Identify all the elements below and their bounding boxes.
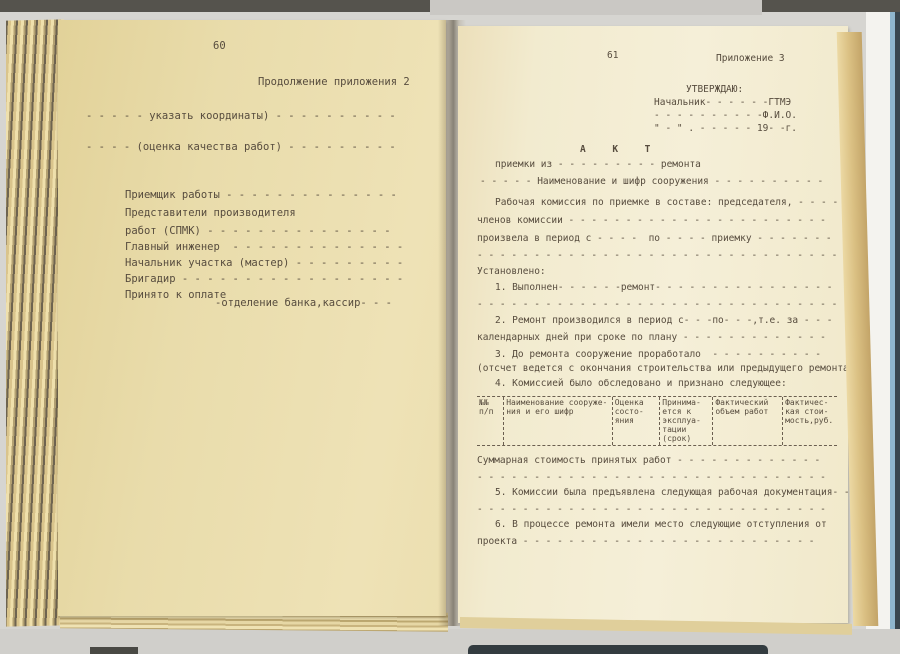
fill-line: - - - - - - - - - - - - - - [226, 189, 397, 201]
item-6: 6. В процессе ремонта имели место следую… [495, 519, 827, 530]
commission-line-4: - - - - - - - - - - - - - - - - - - - - … [477, 250, 837, 261]
bank-cashier-caption: -отделение банка,кассир- - - [215, 297, 392, 309]
book-bottom-shadow [468, 645, 768, 654]
field-acceptor: Приемщик работы - - - - - - - - - - - - … [125, 189, 397, 201]
approve-date-line: " - " . - - - - - 19- -г. [654, 123, 797, 134]
table-header-structure-name: Наименование сооруже- ния и его шифр [503, 397, 612, 445]
fill-line: - - - - - - - - - - - - - - - [207, 225, 390, 237]
commission-line-3: произвела в период с - - - - по - - - - … [477, 233, 832, 244]
scan-top-gap [430, 0, 762, 15]
book-scan: 60 Продолжение приложения 2 - - - - - ук… [0, 0, 900, 654]
fill-line: - - - - - - - - - [296, 257, 403, 269]
field-chief-engineer: Главный инженер - - - - - - - - - - - - … [125, 241, 403, 253]
assessment-table: №№ п/п Наименование сооруже- ния и его ш… [477, 396, 837, 446]
left-page: 60 Продолжение приложения 2 - - - - - ук… [58, 20, 446, 616]
acceptance-line: приемки из - - - - - - - - - ремонта [495, 159, 701, 170]
item-1: 1. Выполнен- - - - - -ремонт- - - - - - … [495, 282, 832, 293]
field-works-spmk: работ (СПМК) - - - - - - - - - - - - - -… [125, 225, 391, 237]
table-header-condition: Оценка состо- яния [612, 397, 660, 445]
right-page-number: 61 [607, 50, 618, 61]
right-page: 61 Приложение 3 УТВЕРЖДАЮ: Начальник- - … [458, 26, 848, 623]
scan-edge-dark-strip [895, 0, 900, 654]
act-title: А К Т [580, 144, 661, 155]
commission-line-1: Рабочая комиссия по приемке в составе: п… [495, 197, 838, 208]
established-label: Установлено: [477, 266, 546, 277]
item-5: 5. Комиссии была предъявлена следующая р… [495, 487, 850, 498]
total-cost-line: Суммарная стоимость принятых работ - - -… [477, 455, 820, 466]
object-name-caption: - - - - - Наименование и шифр сооружения… [480, 176, 823, 187]
appendix-header: Приложение 3 [716, 53, 785, 64]
item-2-continuation: календарных дней при сроке по плану - - … [477, 332, 826, 343]
table-header-actual-cost: Фактичес- кая стои- мость,руб. [782, 397, 837, 445]
item-6-continuation: проекта - - - - - - - - - - - - - - - - … [477, 536, 814, 547]
table-header-actual-volume: Фактический объем работ [712, 397, 782, 445]
total-cost-fill: - - - - - - - - - - - - - - - - - - - - … [477, 472, 826, 483]
left-page-stack-edge [6, 19, 64, 626]
left-page-number: 60 [213, 40, 226, 52]
item-3: 3. До ремонта сооружение проработало - -… [495, 349, 821, 360]
approve-name-line: - - - - - - - - - -Ф.И.О. [654, 110, 797, 121]
continuation-header: Продолжение приложения 2 [258, 76, 410, 88]
item-4: 4. Комиссией было обследовано и признано… [495, 378, 787, 389]
table-header-acceptance-term: Принима- ется к эксплуа- тации (срок) [659, 397, 712, 445]
coordinates-caption-line: - - - - - указать координаты) - - - - - … [86, 110, 396, 122]
field-accepted-for-payment: Принято к оплате [125, 289, 226, 301]
item-3-note: (отсчет ведется с окончания строительств… [477, 363, 855, 374]
approve-label: УТВЕРЖДАЮ: [686, 84, 743, 95]
commission-line-2: членов комиссии - - - - - - - - - - - - … [477, 215, 826, 226]
field-representatives: Представители производителя [125, 207, 296, 219]
item-5-fill: - - - - - - - - - - - - - - - - - - - - … [477, 504, 826, 515]
table-header-number: №№ п/п [477, 397, 503, 445]
item-1-fill: - - - - - - - - - - - - - - - - - - - - … [477, 299, 837, 310]
item-2: 2. Ремонт производился в период с- - -по… [495, 315, 832, 326]
quality-caption-line: - - - - (оценка качества работ) - - - - … [86, 141, 396, 153]
fill-line: - - - - - - - - - - - - - - [232, 241, 403, 253]
fill-line: - - - - - - - - - - - - - - - - - - [182, 273, 403, 285]
book-bottom-shadow-left [90, 647, 138, 654]
approve-chief-line: Начальник- - - - - -ГТМЭ [654, 97, 791, 108]
field-site-chief: Начальник участка (мастер) - - - - - - -… [125, 257, 403, 269]
field-brigadier: Бригадир - - - - - - - - - - - - - - - -… [125, 273, 403, 285]
